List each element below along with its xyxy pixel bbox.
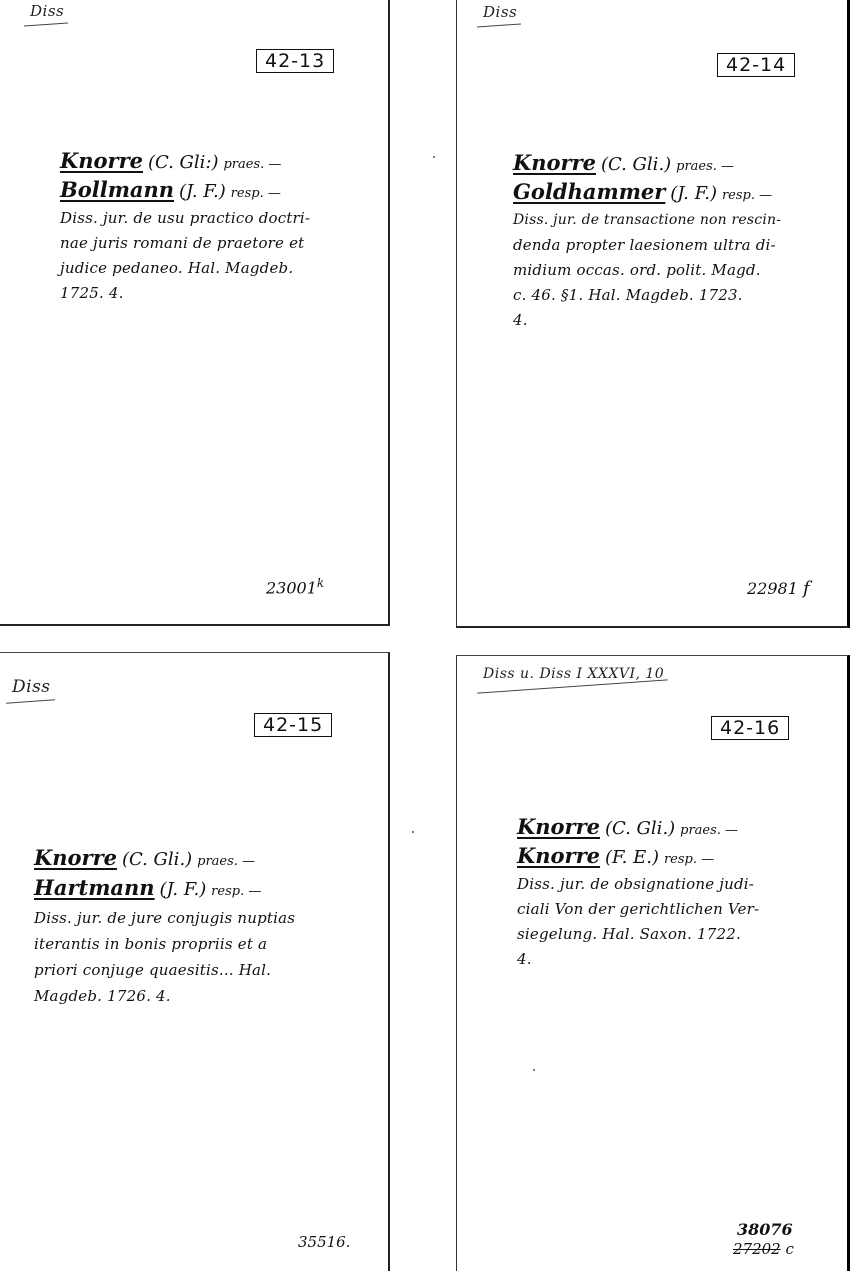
accession-value: 22981: [747, 579, 798, 598]
call-number: 42-13: [256, 49, 334, 73]
accession-value: 23001: [266, 578, 317, 597]
catalog-card-42-16: Diss u. Diss I XXXVI, 10 42-16 Knorre (C…: [456, 655, 850, 1271]
praeses-line: Knorre (C. Gli.) praes. —: [517, 814, 759, 843]
praeses-role: praes. —: [680, 823, 738, 838]
catalog-entry: Knorre (C. Gli.) praes. — Hartmann (J. F…: [34, 845, 295, 1009]
respondent-role: resp. —: [231, 186, 281, 201]
speck: [433, 156, 435, 158]
respondent-name: Goldhammer: [513, 179, 665, 204]
respondent-initials: (J. F.): [179, 181, 226, 202]
praeses-line: Knorre (C. Gli.) praes. —: [513, 150, 781, 179]
description-line: c. 46. §1. Hal. Magdeb. 1723.: [513, 283, 781, 308]
praeses-name: Knorre: [517, 814, 600, 839]
praeses-name: Knorre: [60, 148, 143, 173]
description-line: priori conjuge quaesitis... Hal.: [34, 957, 295, 983]
catalog-entry: Knorre (C. Gli.) praes. — Goldhammer (J.…: [513, 150, 781, 333]
praeses-initials: (C. Gli.): [122, 849, 192, 870]
catalog-card-42-13: Diss 42-13 Knorre (C. Gli:) praes. — Bol…: [0, 0, 390, 626]
respondent-line: Hartmann (J. F.) resp. —: [34, 875, 295, 905]
praeses-name: Knorre: [34, 845, 117, 870]
accession-number: 22981 f: [747, 578, 810, 599]
catalog-entry: Knorre (C. Gli:) praes. — Bollmann (J. F…: [60, 148, 310, 306]
description-line: midium occas. ord. polit. Magd.: [513, 258, 781, 283]
praeses-name: Knorre: [513, 150, 596, 175]
description-line: 4.: [513, 308, 781, 333]
corner-note: Diss: [30, 2, 64, 20]
corner-note: Diss u. Diss I XXXVI, 10: [483, 666, 664, 682]
description-line: 1725. 4.: [60, 281, 310, 306]
description-line: denda propter laesionem ultra di-: [513, 233, 781, 258]
respondent-initials: (J. F.): [670, 183, 717, 204]
respondent-name: Hartmann: [34, 875, 155, 900]
call-number: 42-16: [711, 716, 789, 740]
catalog-entry: Knorre (C. Gli.) praes. — Knorre (F. E.)…: [517, 814, 759, 972]
catalog-card-42-14: Diss 42-14 Knorre (C. Gli.) praes. — Gol…: [456, 0, 850, 628]
call-number: 42-15: [254, 713, 332, 737]
respondent-line: Knorre (F. E.) resp. —: [517, 843, 759, 872]
description-line: judice pedaneo. Hal. Magdeb.: [60, 256, 310, 281]
respondent-role: resp. —: [211, 884, 261, 899]
respondent-name: Knorre: [517, 843, 600, 868]
praeses-line: Knorre (C. Gli:) praes. —: [60, 148, 310, 177]
description-line: Magdeb. 1726. 4.: [34, 983, 295, 1009]
description-line: 4.: [517, 947, 759, 972]
description-line: Diss. jur. de jure conjugis nuptias: [34, 905, 295, 931]
description-line: Diss. jur. de transactione non rescin-: [513, 208, 781, 233]
corner-note: Diss: [483, 3, 517, 21]
description-line: Diss. jur. de obsignatione judi-: [517, 872, 759, 897]
respondent-initials: (J. F.): [160, 879, 207, 900]
praeses-role: praes. —: [197, 854, 255, 869]
accession-number: 35516.: [298, 1233, 351, 1251]
accession-suffix: k: [317, 576, 324, 590]
corner-note: Diss: [12, 677, 51, 697]
respondent-initials: (F. E.): [605, 847, 659, 868]
praeses-initials: (C. Gli.): [601, 154, 671, 175]
accession-number: 38076: [737, 1220, 793, 1239]
call-number: 42-14: [717, 53, 795, 77]
respondent-role: resp. —: [664, 852, 714, 867]
praeses-initials: (C. Gli:): [148, 152, 219, 173]
praeses-line: Knorre (C. Gli.) praes. —: [34, 845, 295, 875]
respondent-line: Bollmann (J. F.) resp. —: [60, 177, 310, 206]
description-line: iterantis in bonis propriis et a: [34, 931, 295, 957]
old-accession-number: 27202 c: [733, 1240, 794, 1258]
struck-accession-value: 27202: [733, 1240, 781, 1258]
accession-number: 23001k: [266, 576, 324, 597]
praeses-initials: (C. Gli.): [605, 818, 675, 839]
old-accession-suffix: c: [786, 1240, 794, 1258]
praeses-role: praes. —: [676, 159, 734, 174]
respondent-line: Goldhammer (J. F.) resp. —: [513, 179, 781, 208]
description-line: ciali Von der gerichtlichen Ver-: [517, 897, 759, 922]
description-line: Diss. jur. de usu practico doctri-: [60, 206, 310, 231]
praeses-role: praes. —: [223, 157, 281, 172]
speck: [533, 1069, 535, 1071]
description-line: nae juris romani de praetore et: [60, 231, 310, 256]
catalog-card-42-15: Diss 42-15 Knorre (C. Gli.) praes. — Har…: [0, 652, 390, 1271]
speck: [412, 831, 414, 833]
respondent-role: resp. —: [722, 188, 772, 203]
accession-suffix: f: [803, 578, 810, 599]
respondent-name: Bollmann: [60, 177, 174, 202]
description-line: siegelung. Hal. Saxon. 1722.: [517, 922, 759, 947]
